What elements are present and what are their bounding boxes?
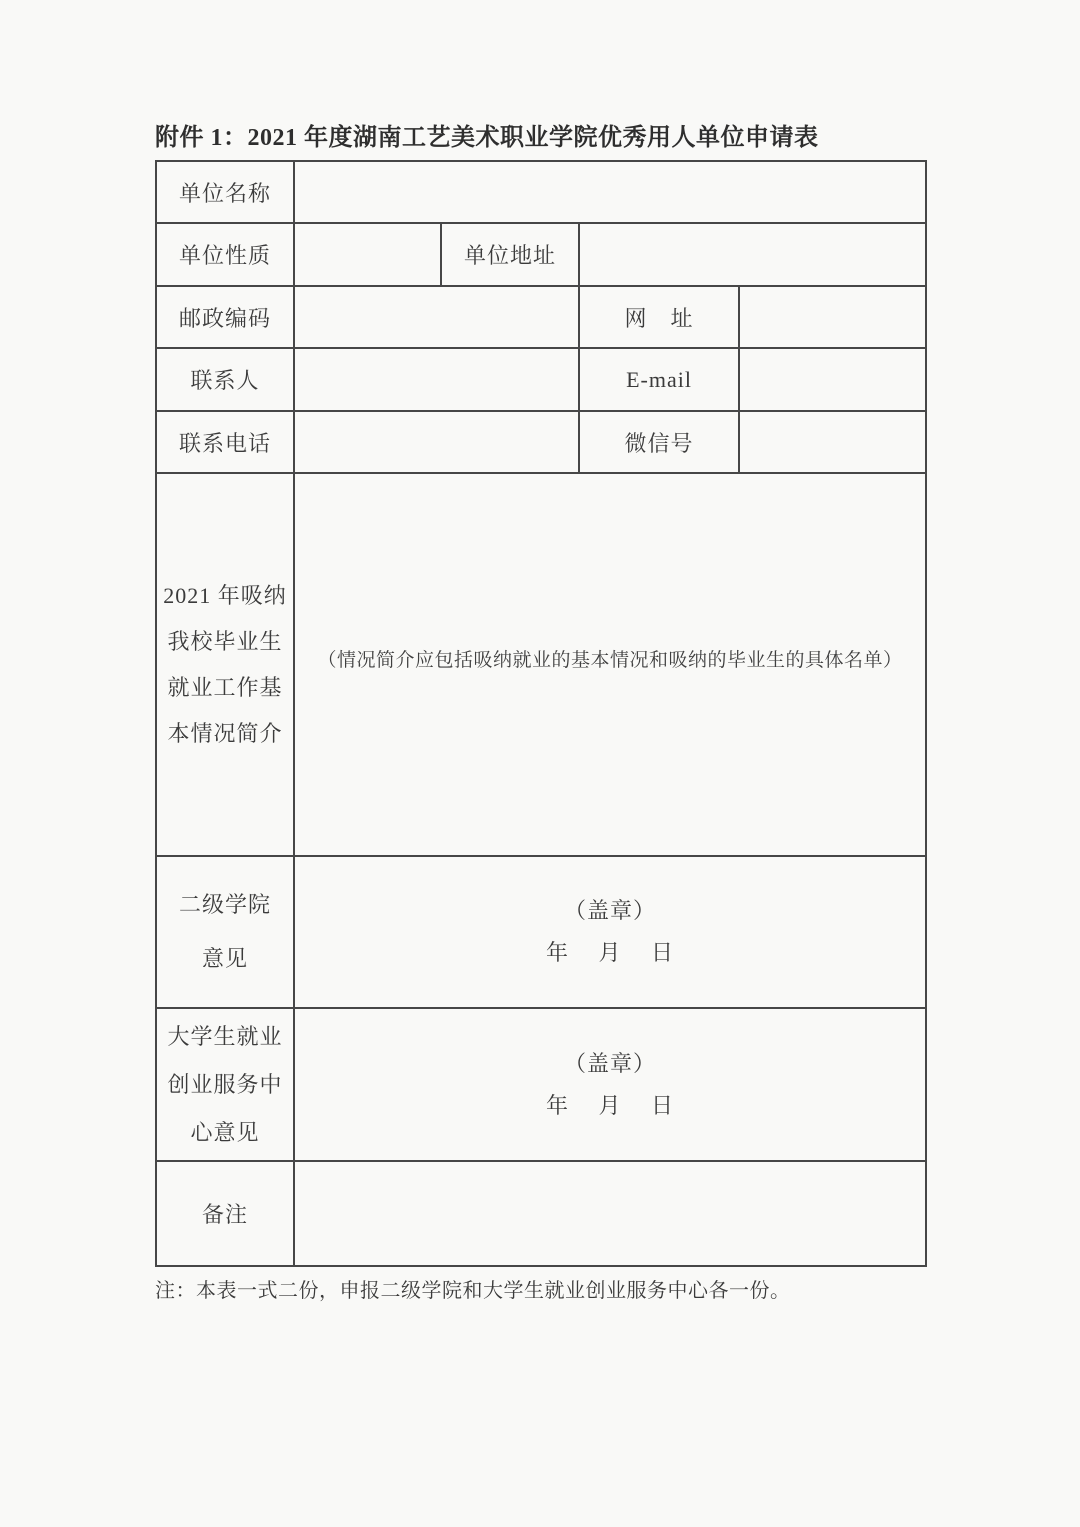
remarks-label: 备注 xyxy=(156,1161,294,1266)
center-opinion-field[interactable]: （盖章） 年 月 日 xyxy=(294,1008,926,1161)
row-unit-nature-address: 单位性质 单位地址 xyxy=(156,223,926,286)
center-stamp-hint: （盖章） xyxy=(295,1043,925,1085)
college-date-line: 年 月 日 xyxy=(295,932,925,974)
row-center-opinion: 大学生就业 创业服务中 心意见 （盖章） 年 月 日 xyxy=(156,1008,926,1161)
email-field[interactable] xyxy=(739,348,926,411)
row-contact-email: 联系人 E-mail xyxy=(156,348,926,411)
unit-name-label: 单位名称 xyxy=(156,161,294,223)
website-field[interactable] xyxy=(739,286,926,348)
contact-person-field[interactable] xyxy=(294,348,579,411)
employment-summary-field[interactable]: （情况简介应包括吸纳就业的基本情况和吸纳的毕业生的具体名单） xyxy=(294,473,926,856)
row-college-opinion: 二级学院 意见 （盖章） 年 月 日 xyxy=(156,856,926,1008)
phone-field[interactable] xyxy=(294,411,579,473)
row-employment-summary: 2021 年吸纳 我校毕业生 就业工作基 本情况简介 （情况简介应包括吸纳就业的… xyxy=(156,473,926,856)
email-label: E-mail xyxy=(579,348,739,411)
wechat-label: 微信号 xyxy=(579,411,739,473)
unit-address-label: 单位地址 xyxy=(441,223,579,286)
row-remarks: 备注 xyxy=(156,1161,926,1266)
postal-code-field[interactable] xyxy=(294,286,579,348)
website-label: 网 址 xyxy=(579,286,739,348)
unit-name-field[interactable] xyxy=(294,161,926,223)
wechat-field[interactable] xyxy=(739,411,926,473)
footer-note: 注：本表一式二份，申报二级学院和大学生就业创业服务中心各一份。 xyxy=(155,1276,935,1306)
summary-hint-note: （情况简介应包括吸纳就业的基本情况和吸纳的毕业生的具体名单） xyxy=(295,645,925,684)
unit-nature-field[interactable] xyxy=(294,223,441,286)
phone-label: 联系电话 xyxy=(156,411,294,473)
center-opinion-label: 大学生就业 创业服务中 心意见 xyxy=(156,1008,294,1161)
remarks-field[interactable] xyxy=(294,1161,926,1266)
unit-nature-label: 单位性质 xyxy=(156,223,294,286)
row-postal-website: 邮政编码 网 址 xyxy=(156,286,926,348)
center-date-line: 年 月 日 xyxy=(295,1085,925,1127)
page-title: 附件 1：2021 年度湖南工艺美术职业学院优秀用人单位申请表 xyxy=(155,122,955,154)
unit-address-field[interactable] xyxy=(579,223,926,286)
college-opinion-field[interactable]: （盖章） 年 月 日 xyxy=(294,856,926,1008)
row-phone-wechat: 联系电话 微信号 xyxy=(156,411,926,473)
college-opinion-label: 二级学院 意见 xyxy=(156,856,294,1008)
application-form-table: 单位名称 单位性质 单位地址 邮政编码 网 址 联系人 E-mail 联系电话 … xyxy=(155,160,927,1267)
postal-code-label: 邮政编码 xyxy=(156,286,294,348)
contact-person-label: 联系人 xyxy=(156,348,294,411)
document-page: 附件 1：2021 年度湖南工艺美术职业学院优秀用人单位申请表 单位名称 单位性… xyxy=(0,0,1080,1527)
employment-summary-label: 2021 年吸纳 我校毕业生 就业工作基 本情况简介 xyxy=(156,473,294,856)
row-unit-name: 单位名称 xyxy=(156,161,926,223)
college-stamp-hint: （盖章） xyxy=(295,890,925,932)
